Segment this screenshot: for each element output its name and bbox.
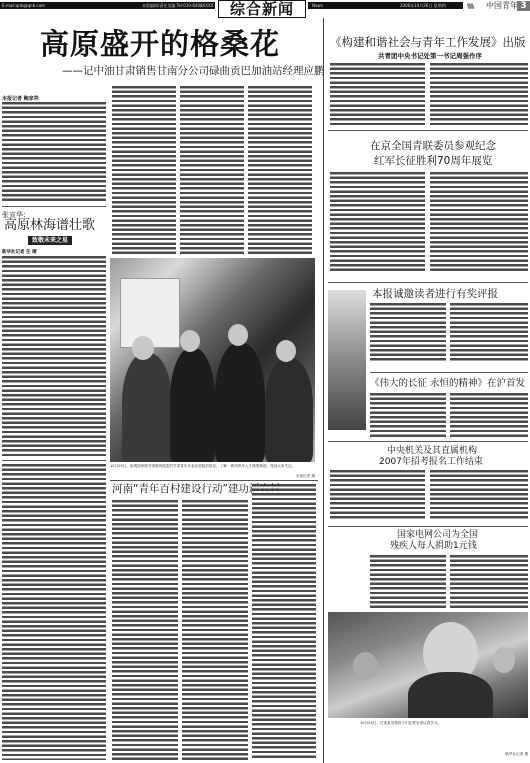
story3-body-col2 <box>450 303 528 363</box>
section-title: 综合新闻 <box>218 0 306 18</box>
story4-body-col2 <box>450 393 528 437</box>
person-figure <box>170 348 215 462</box>
story3-headline: 本报诚邀读者进行有奖评报 <box>372 289 498 300</box>
person-face <box>132 336 154 360</box>
henan-body-col2 <box>182 500 248 760</box>
person-face <box>276 340 296 362</box>
header-editor: 本版编辑/责任美编 Tel:010-6408XXXX <box>140 2 214 9</box>
story1-headline: 《构建和谐社会与青年工作发展》出版 <box>330 37 526 49</box>
person-figure <box>215 343 265 462</box>
hatch-ornament-icon: \\\\\\ <box>467 3 473 10</box>
story5-headline-line2: 2007年招考报名工作结束 <box>379 458 483 467</box>
lead-body-col1 <box>2 102 106 202</box>
story1-body-col1 <box>330 63 425 127</box>
story6-headline-line2: 残疾人每人捐助1元钱 <box>390 542 477 551</box>
lead-body-col4 <box>248 86 312 256</box>
story1-body-col2 <box>430 63 528 127</box>
header-date: 2006年10月26日 星期四 <box>398 2 446 9</box>
children-photo-caption: 10月25日，甘肃某学校孩子们在教室里认真学习。 <box>360 721 528 751</box>
divider <box>328 130 528 131</box>
henan-body-col1 <box>112 500 178 760</box>
section-english: News <box>310 2 323 9</box>
henan-body-col3 <box>252 484 316 760</box>
child-face <box>353 652 378 680</box>
sidebar-byline: 新华社记者 任 晴 <box>2 249 37 255</box>
child-face <box>493 647 515 673</box>
story2-body-col1 <box>330 172 425 272</box>
masthead-bar: E-mail:qnb@qnb.com 本版编辑/责任美编 Tel:010-640… <box>0 0 530 12</box>
divider <box>328 441 528 442</box>
story5-body-col2 <box>430 470 528 520</box>
divider <box>370 372 528 373</box>
divider <box>2 206 106 207</box>
sidebar-label: 致敬未来之星 <box>28 236 72 245</box>
children-photo-credit: 新华社记者 摄 <box>470 752 528 758</box>
story4-headline: 《伟大的长征 永恒的精神》在沪首发 <box>370 379 525 389</box>
portrait-photo <box>328 290 366 430</box>
main-photo <box>110 258 315 462</box>
page-number: 3 <box>517 1 530 11</box>
story2-headline-line2: 红军长征胜利70周年展览 <box>374 156 492 167</box>
story6-body-col2 <box>450 555 528 609</box>
person-figure <box>122 353 172 462</box>
column-divider <box>323 18 324 763</box>
story2-body-col2 <box>430 172 528 272</box>
sidebar-headline: 高原林海谱壮歌 <box>4 219 95 232</box>
header-email: E-mail:qnb@qnb.com <box>0 2 45 9</box>
exhibit-board <box>120 278 180 348</box>
person-figure <box>265 358 313 462</box>
divider <box>2 460 106 461</box>
lead-headline: 高原盛开的格桑花 <box>40 30 280 59</box>
story5-headline-line1: 中央机关及其直属机构 <box>387 447 477 456</box>
divider <box>328 282 528 283</box>
story1-subheadline: 共青团中央书记处第一书记周强作序 <box>378 53 482 60</box>
divider <box>110 480 318 481</box>
story2-headline-line1: 在京全国青联委员参观纪念 <box>370 141 496 152</box>
story3-body-col1 <box>370 303 446 363</box>
story4-body-col1 <box>370 393 446 437</box>
lead-body-col2 <box>112 86 176 256</box>
left-lower-body <box>2 464 106 760</box>
story6-body-col1 <box>370 555 446 609</box>
story5-body-col1 <box>330 470 425 520</box>
child-figure <box>408 672 493 718</box>
children-photo <box>328 612 528 718</box>
person-face <box>180 330 200 352</box>
person-face <box>228 324 248 346</box>
sidebar-body <box>2 256 106 458</box>
lead-body-col3 <box>180 86 244 256</box>
lead-byline: 本报记者 鲍家祥 <box>2 95 39 102</box>
lead-subheadline: ——记中油甘肃销售甘南分公司碌曲贡巴加油站经理应鹏 <box>62 66 325 77</box>
story6-headline-line1: 国家电网公司为全国 <box>397 531 478 540</box>
divider <box>328 526 528 527</box>
